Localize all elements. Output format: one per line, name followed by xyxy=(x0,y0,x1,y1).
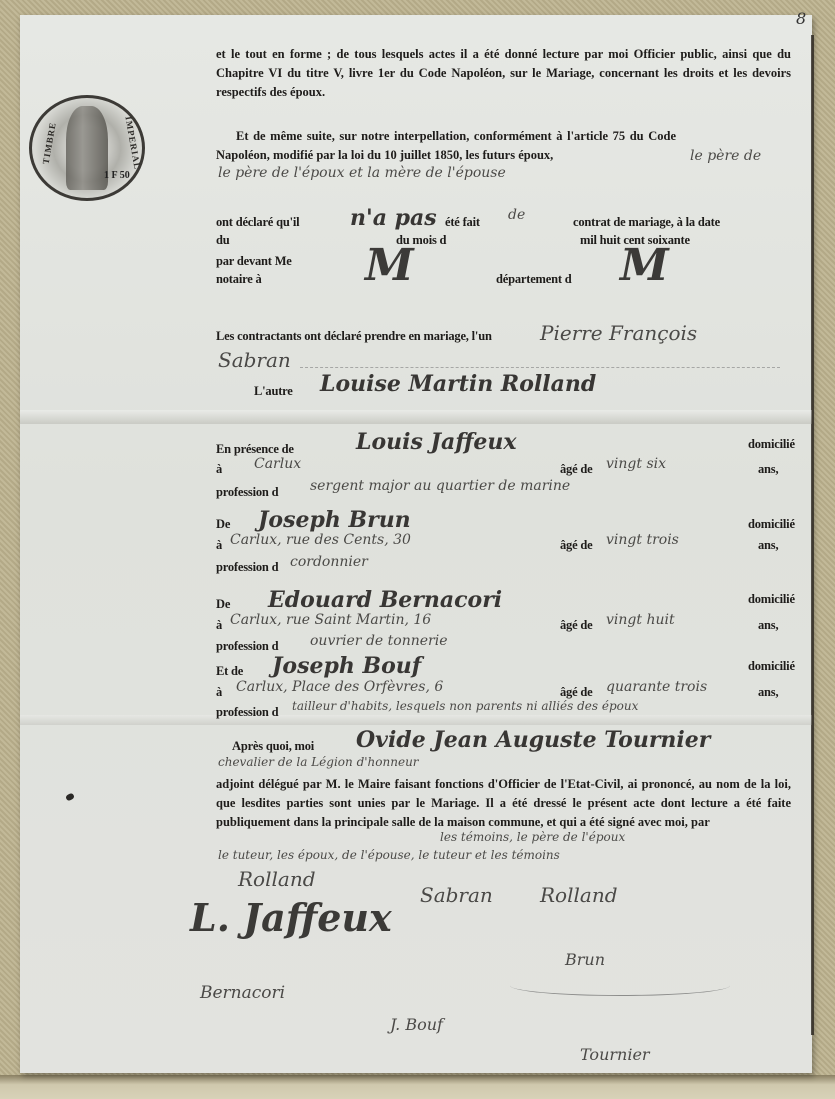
stamp-left-text: TIMBRE xyxy=(41,121,58,165)
witness-3-intro: De xyxy=(216,595,230,614)
witness-2-prof-label: profession d xyxy=(216,558,278,577)
witness-3-profession: ouvrier de tonnerie xyxy=(310,633,447,649)
signature-brun: Brun xyxy=(565,950,605,969)
department-label: département d xyxy=(496,270,572,289)
witness-3-age: vingt huit xyxy=(606,612,675,628)
witness-1-name: Louis Jaffeux xyxy=(356,429,517,455)
witness-2-place-prefix: à xyxy=(216,536,222,555)
witness-4-profession: tailleur d'habits, lesquels non parents … xyxy=(292,699,638,713)
signature-rolland-1: Rolland xyxy=(238,867,316,891)
witness-2-name: Joseph Brun xyxy=(258,507,411,533)
witness-4-place-prefix: à xyxy=(216,683,222,702)
interpellation-handwritten-1: le père de xyxy=(690,148,761,164)
witness-1-profession: sergent major au quartier de marine xyxy=(310,478,570,494)
witness-3-prof-label: profession d xyxy=(216,637,278,656)
witness-3-domicile-label: domicilié xyxy=(748,590,795,609)
witness-3-age-suffix: ans, xyxy=(758,616,778,635)
officer-name: Ovide Jean Auguste Tournier xyxy=(356,727,710,753)
fill-line xyxy=(300,367,780,369)
officer-intro: Après quoi, moi xyxy=(232,737,314,756)
witness-4-age-suffix: ans, xyxy=(758,683,778,702)
contracting-label: Les contractants ont déclaré prendre en … xyxy=(216,327,492,346)
witness-3-place-prefix: à xyxy=(216,616,222,635)
signature-rolland-2: Rolland xyxy=(540,883,618,907)
contract-label-2: du xyxy=(216,231,230,250)
interpellation-handwritten: le père de l'époux et la mère de l'épous… xyxy=(218,165,506,181)
fold-line-lower xyxy=(20,715,812,725)
tax-stamp-icon: TIMBRE IMPERIAL 1 F 50 xyxy=(29,95,145,201)
closing-paragraph: adjoint délégué par M. le Maire faisant … xyxy=(216,775,791,832)
witness-2-intro: De xyxy=(216,515,230,534)
witness-1-age: vingt six xyxy=(606,456,666,472)
witness-4-domicile-label: domicilié xyxy=(748,657,795,676)
intro-paragraph: et le tout en forme ; de tous lesquels a… xyxy=(216,45,791,102)
witness-1-place: Carlux xyxy=(254,456,301,472)
other-label: L'autre xyxy=(254,382,293,401)
witness-1-prof-label: profession d xyxy=(216,483,278,502)
stamp-value: 1 F 50 xyxy=(104,170,130,181)
interpellation-paragraph: Et de même suite, sur notre interpellati… xyxy=(216,127,676,165)
contract-hand-1: n'a pas xyxy=(350,205,437,231)
officer-title: chevalier de la Légion d'honneur xyxy=(218,755,419,769)
page-number: 8 xyxy=(796,9,806,28)
witness-3-age-label: âgé de xyxy=(560,616,592,635)
witness-4-age: quarante trois xyxy=(606,679,707,695)
witness-2-age-suffix: ans, xyxy=(758,536,778,555)
witness-1-age-label: âgé de xyxy=(560,460,592,479)
contract-label-3: par devant Me xyxy=(216,252,292,271)
fold-line xyxy=(20,410,812,424)
contract-label-1: ont déclaré qu'il xyxy=(216,213,299,232)
witness-1-domicile-label: domicilié xyxy=(748,435,795,454)
witness-2-domicile-label: domicilié xyxy=(748,515,795,534)
contract-label-4: notaire à xyxy=(216,270,262,289)
witness-3-place: Carlux, rue Saint Martin, 16 xyxy=(230,612,431,628)
signature-jaffeux: L. Jaffeux xyxy=(190,895,392,940)
signature-bernacori: Bernacori xyxy=(200,983,285,1003)
witness-4-prof-label: profession d xyxy=(216,703,278,722)
groom-surname-handwritten: Sabran xyxy=(218,348,291,372)
witness-2-age: vingt trois xyxy=(606,532,679,548)
frame-bottom-mat xyxy=(0,1075,835,1099)
stamp-right-text: IMPERIAL xyxy=(123,116,142,171)
witness-4-name: Joseph Bouf xyxy=(272,653,421,679)
signature-sabran: Sabran xyxy=(420,883,493,907)
contract-end-1: contrat de mariage, à la date xyxy=(573,213,720,232)
signature-flourish xyxy=(510,975,730,996)
witness-1-age-suffix: ans, xyxy=(758,460,778,479)
contract-mark-1: M xyxy=(365,240,414,291)
page-edge xyxy=(811,35,814,1035)
signature-tournier: Tournier xyxy=(580,1045,650,1064)
contract-mid-1: été fait xyxy=(445,213,480,232)
stamp-figure-icon xyxy=(66,106,108,190)
closing-handwritten-1: les témoins, le père de l'époux xyxy=(440,830,625,844)
groom-name-handwritten: Pierre François xyxy=(540,321,800,345)
closing-handwritten: le tuteur, les époux, de l'épouse, le tu… xyxy=(218,848,778,862)
contract-hand-2: de xyxy=(508,207,525,223)
witness-2-place: Carlux, rue des Cents, 30 xyxy=(230,532,411,548)
witness-2-age-label: âgé de xyxy=(560,536,592,555)
witness-4-place: Carlux, Place des Orfèvres, 6 xyxy=(236,679,443,695)
document-page: 8 TIMBRE IMPERIAL 1 F 50 et le tout en f… xyxy=(20,15,812,1073)
signature-bouf: J. Bouf xyxy=(390,1015,443,1034)
witness-1-place-prefix: à xyxy=(216,460,222,479)
contract-mark-2: M xyxy=(620,240,669,291)
witness-3-name: Edouard Bernacori xyxy=(268,587,502,613)
bride-name-handwritten: Louise Martin Rolland xyxy=(320,371,596,397)
witness-2-profession: cordonnier xyxy=(290,554,368,570)
